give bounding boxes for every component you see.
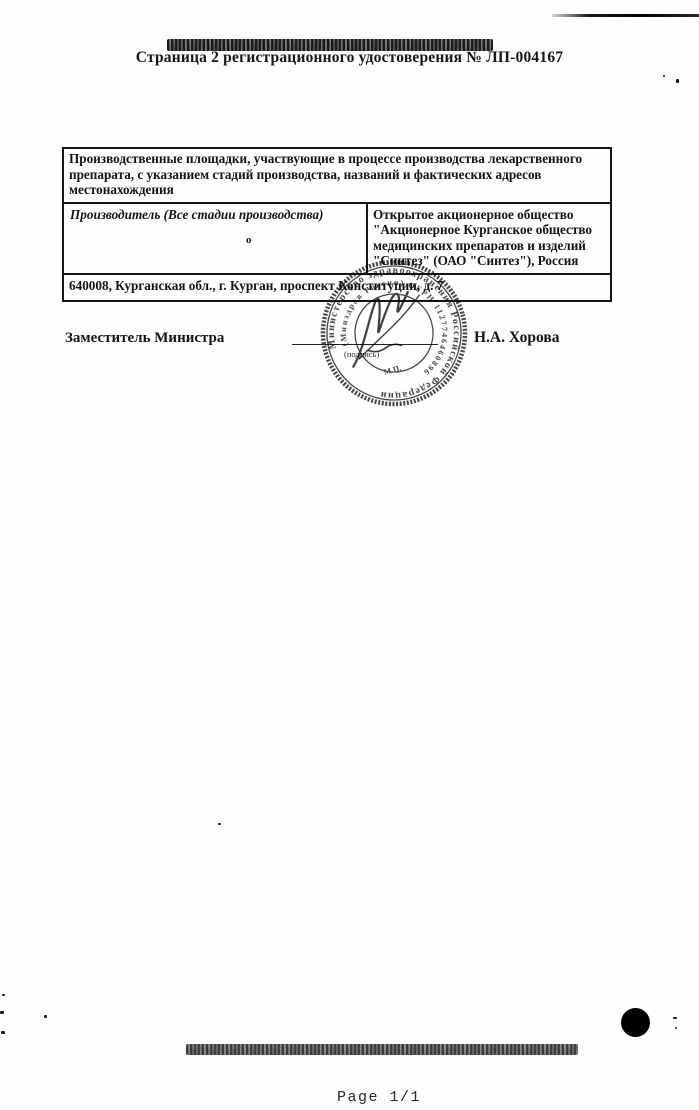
scan-artifact-char: о	[246, 234, 252, 247]
scan-speck	[1, 1031, 5, 1034]
scan-speck	[2, 994, 5, 996]
scan-speck	[675, 1027, 677, 1029]
scan-artifact-line	[552, 14, 699, 17]
punch-hole-dot	[621, 1008, 650, 1037]
page-title: Страница 2 регистрационного удостоверени…	[0, 49, 699, 67]
stamp-mp-label: М.П.	[383, 364, 403, 377]
scan-speck	[676, 79, 679, 83]
signer-position-title: Заместитель Министра	[65, 330, 224, 347]
page-number-footer: Page 1/1	[337, 1089, 421, 1106]
scan-speck	[0, 1011, 4, 1014]
scan-speck	[673, 1017, 677, 1019]
svg-text:Министерство здравоохранения Р: Министерство здравоохранения Российской …	[311, 250, 478, 417]
producer-role-label: Производитель (Все стадии производства)	[70, 207, 323, 222]
scan-speck	[663, 75, 665, 77]
stamp-outer-text: Министерство здравоохранения Российской …	[311, 250, 478, 417]
scanned-certificate-page: Страница 2 регистрационного удостоверени…	[0, 0, 699, 1110]
table-header-cell: Производственные площадки, участвующие в…	[64, 149, 610, 204]
scan-speck	[44, 1015, 47, 1018]
scan-speck	[218, 823, 221, 825]
smudge-redaction-bottom	[186, 1044, 578, 1055]
